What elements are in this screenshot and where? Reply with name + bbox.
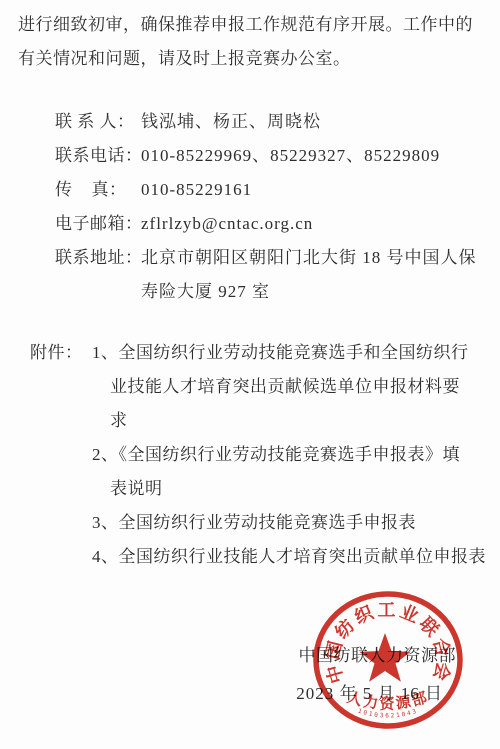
document-page: 进行细致初审，确保推荐申报工作规范有序开展。工作中的 有关情况和问题，请及时上报… bbox=[0, 0, 500, 749]
contact-row-email: 电子邮箱：zflrlzyb@cntac.org.cn bbox=[55, 207, 485, 241]
official-seal: 中国纺织工业联合会 人力资源部 10103621043 bbox=[303, 580, 473, 736]
contact-value: zflrlzyb@cntac.org.cn bbox=[141, 214, 313, 233]
attachments-label: 附件： bbox=[30, 336, 83, 370]
body-paragraph: 进行细致初审，确保推荐申报工作规范有序开展。工作中的 有关情况和问题，请及时上报… bbox=[18, 8, 488, 76]
attachments-list: 1、全国纺织行业劳动技能竞赛选手和全国纺织行 业技能人才培育突出贡献候选单位申报… bbox=[92, 336, 488, 574]
seal-bottom-textpath: 人力资源部 bbox=[345, 688, 431, 713]
attachment-line: 2、《全国纺织行业劳动技能竞赛选手申报表》填 bbox=[92, 438, 488, 472]
attachment-line: 1、全国纺织行业劳动技能竞赛选手和全国纺织行 bbox=[92, 336, 488, 370]
seal-bottom-text: 人力资源部 bbox=[345, 688, 431, 713]
contact-block: 联 系 人：钱泓埔、杨正、周晓松 联系电话：010-85229969、85229… bbox=[55, 105, 485, 309]
contact-row-address: 联系地址：北京市朝阳区朝阳门北大街 18 号中国人保 bbox=[55, 241, 485, 275]
contact-label: 电子邮箱： bbox=[55, 207, 141, 241]
attachment-line: 4、全国纺织行业技能人才培育突出贡献单位申报表 bbox=[92, 540, 488, 574]
paragraph-line: 有关情况和问题，请及时上报竞赛办公室。 bbox=[18, 42, 488, 76]
contact-row-person: 联 系 人：钱泓埔、杨正、周晓松 bbox=[55, 105, 485, 139]
contact-value: 010-85229969、85229327、85229809 bbox=[141, 146, 440, 165]
contact-label: 传 真： bbox=[55, 173, 141, 207]
attachment-line: 表说明 bbox=[92, 472, 488, 506]
contact-label: 联系电话： bbox=[55, 139, 141, 173]
contact-value: 钱泓埔、杨正、周晓松 bbox=[141, 112, 321, 131]
attachment-line: 3、全国纺织行业劳动技能竞赛选手申报表 bbox=[92, 506, 488, 540]
attachment-line: 业技能人才培育突出贡献候选单位申报材料要 bbox=[92, 370, 488, 404]
contact-value: 010-85229161 bbox=[141, 180, 252, 199]
contact-row-fax: 传 真：010-85229161 bbox=[55, 173, 485, 207]
contact-label: 联系地址： bbox=[55, 241, 141, 275]
contact-row-phone: 联系电话：010-85229969、85229327、85229809 bbox=[55, 139, 485, 173]
contact-value: 寿险大厦 927 室 bbox=[141, 282, 270, 301]
contact-row-address-cont: 寿险大厦 927 室 bbox=[55, 275, 485, 309]
contact-label: 联 系 人： bbox=[55, 105, 141, 139]
seal-star-icon bbox=[359, 633, 410, 682]
paragraph-line: 进行细致初审，确保推荐申报工作规范有序开展。工作中的 bbox=[18, 8, 488, 42]
attachment-line: 求 bbox=[92, 404, 488, 438]
contact-value: 北京市朝阳区朝阳门北大街 18 号中国人保 bbox=[141, 248, 477, 267]
